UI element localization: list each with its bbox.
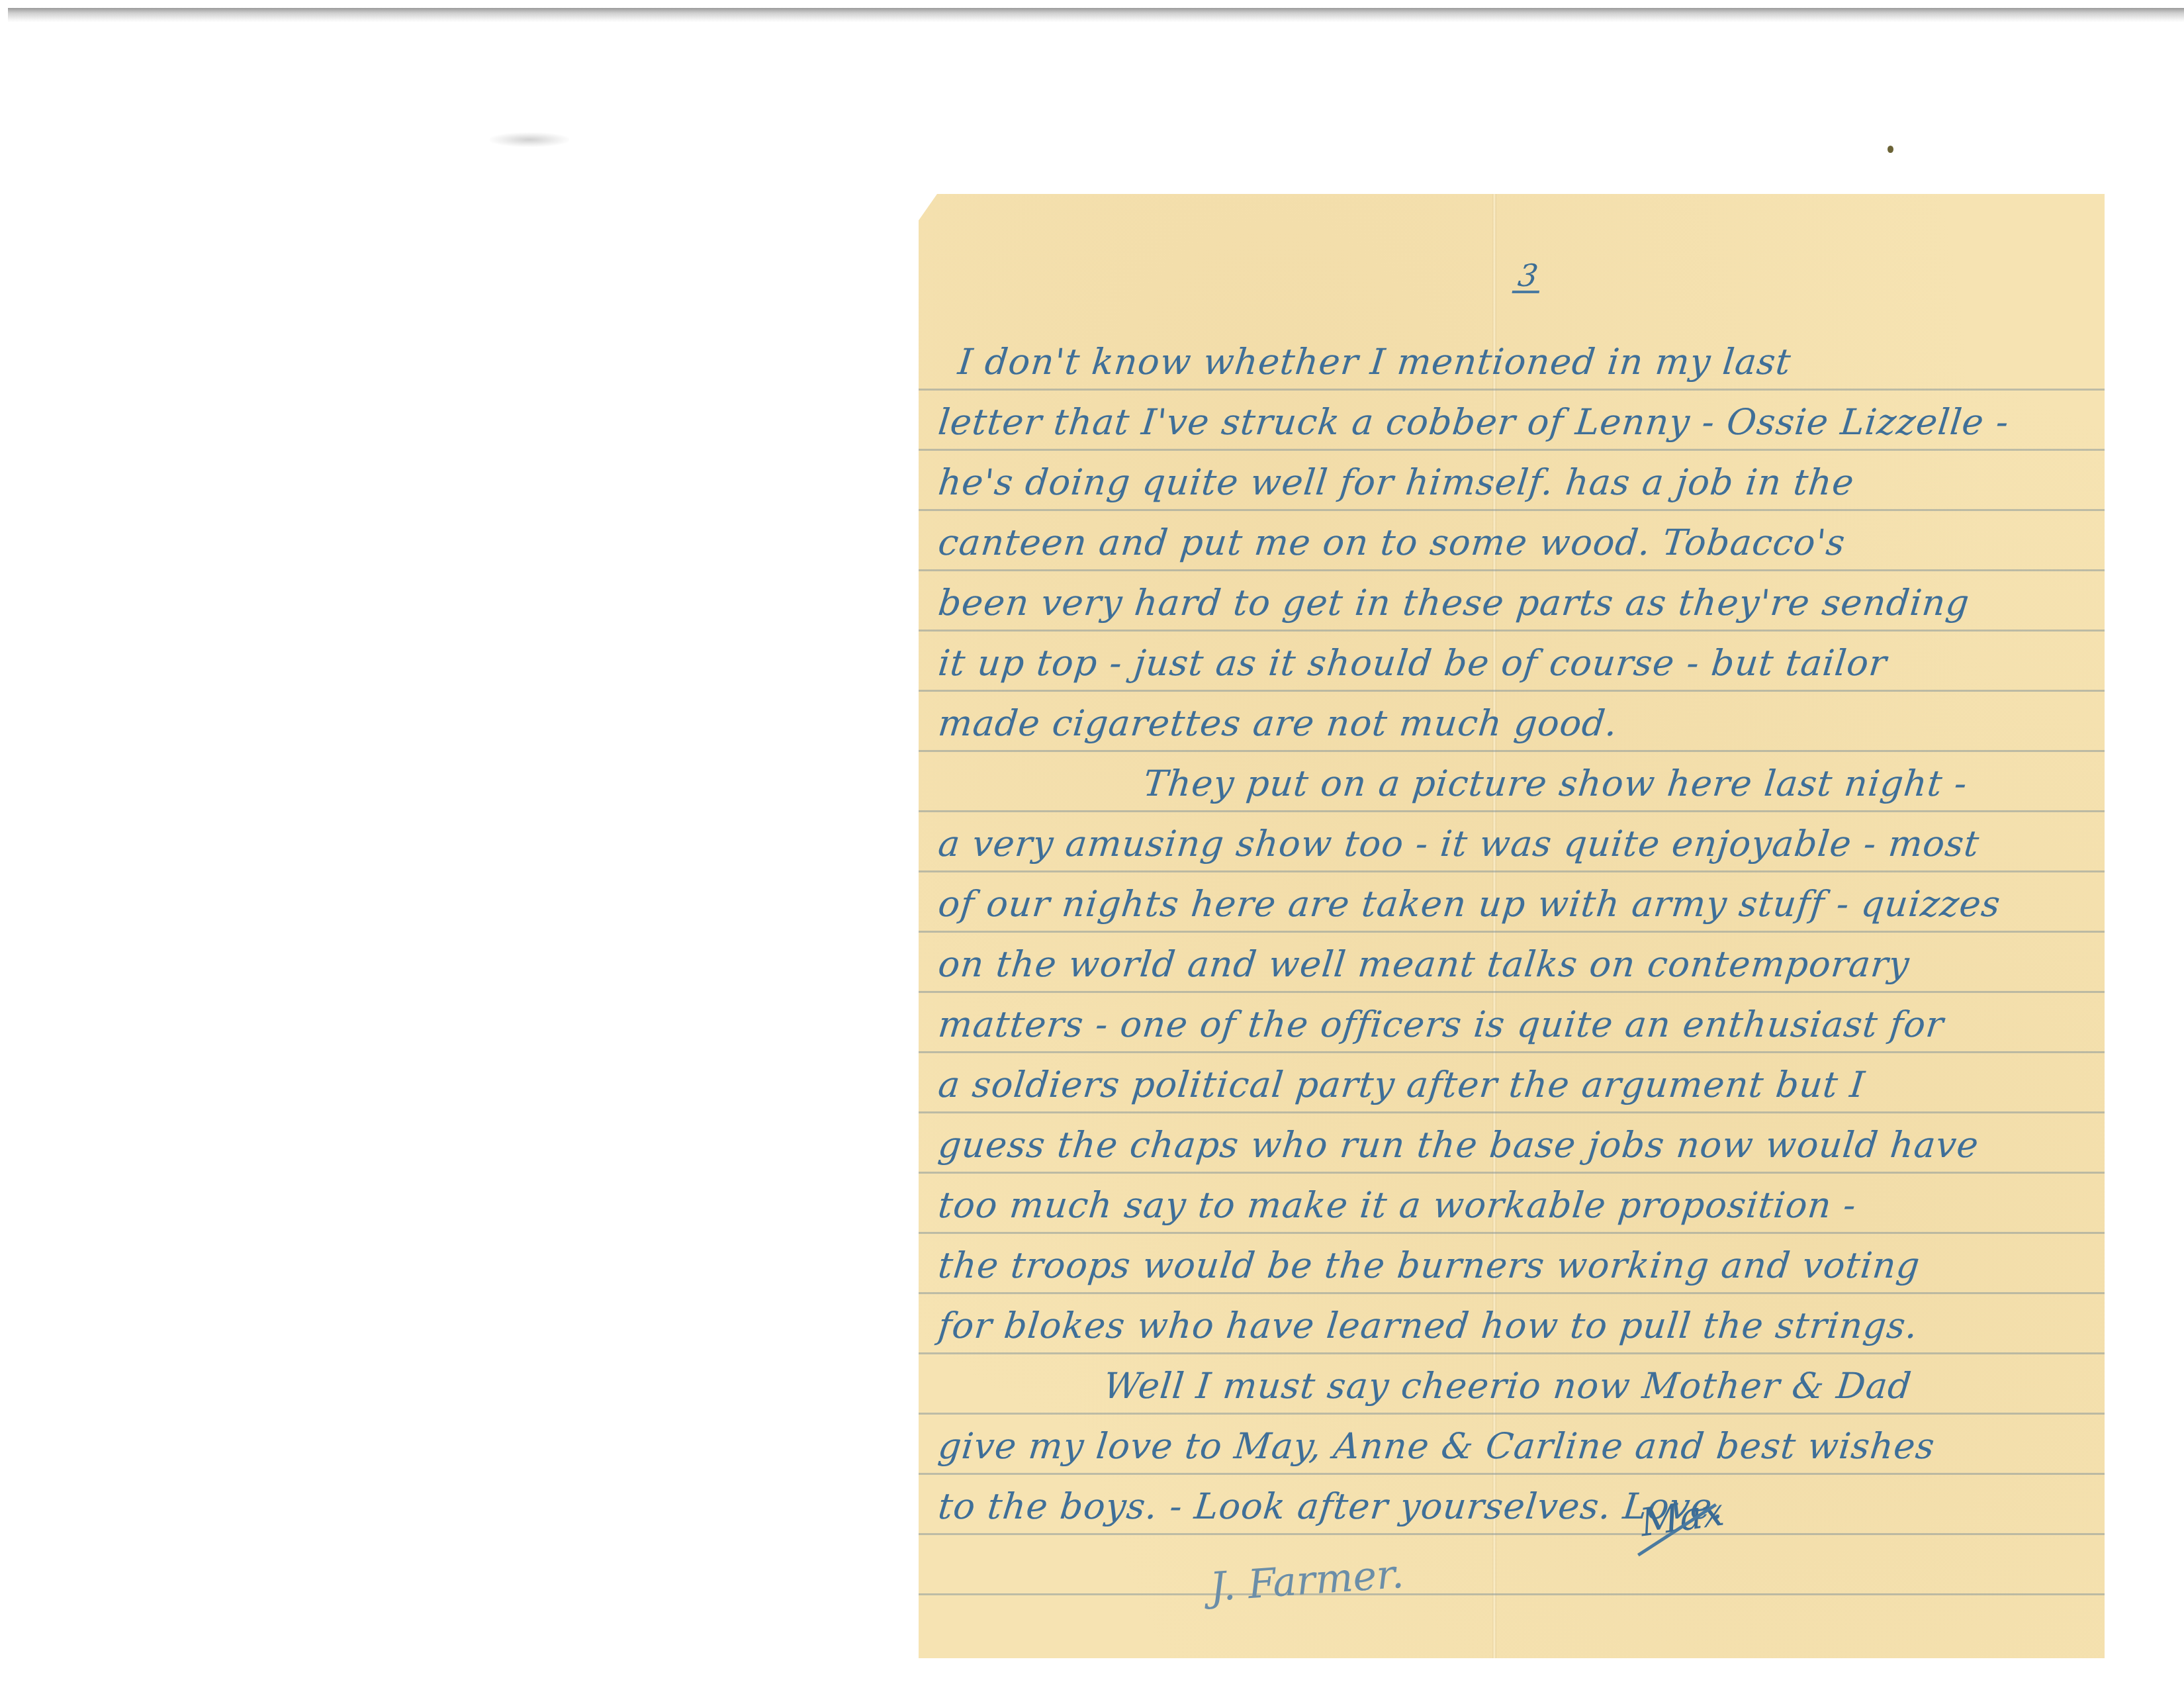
ruled-line [919,750,2105,752]
ruled-line [919,991,2105,993]
ruled-line [919,1473,2105,1475]
ruled-line [919,1533,2105,1535]
letter-line: for blokes who have learned how to pull … [936,1305,2119,1346]
letter-line: the troops would be the burners working … [936,1244,2119,1286]
letter-line: been very hard to get in these parts as … [936,582,2119,624]
letter-line: a very amusing show too - it was quite e… [936,823,2119,865]
letter-line: made cigarettes are not much good. [936,702,2119,744]
letter-line: guess the chaps who run the base jobs no… [936,1124,2119,1166]
ruled-line [919,1172,2105,1174]
letter-line: on the world and well meant talks on con… [936,943,2119,985]
ruled-line [919,569,2105,571]
letter-line: matters - one of the officers is quite a… [936,1004,2119,1045]
page-number: 3 [1512,260,1543,293]
ruled-line [919,630,2105,632]
ruled-line [919,449,2105,451]
ruled-line [919,1292,2105,1294]
scanner-edge-shadow [8,8,2184,23]
letter-line: of our nights here are taken up with arm… [936,883,2119,925]
letter-line: he's doing quite well for himself. has a… [936,461,2119,503]
ruled-line [919,1111,2105,1113]
ruled-line [919,810,2105,812]
ruled-line [919,1593,2105,1595]
scan-speck [1888,146,1893,153]
ruled-line [919,870,2105,872]
scan-smudge [490,132,569,147]
ruled-line [919,1352,2105,1354]
letter-line: canteen and put me on to some wood. Toba… [936,522,2119,563]
letter-line: letter that I've struck a cobber of Lenn… [936,401,2119,443]
letter-line: to the boys. - Look after yourselves. Lo… [936,1485,2119,1527]
letter-line: Well I must say cheerio now Mother & Dad [1102,1365,2184,1407]
letter-line: They put on a picture show here last nig… [1142,763,2184,804]
letter-line: a soldiers political party after the arg… [936,1064,2119,1105]
ruled-line [919,389,2105,391]
ruled-line [919,690,2105,692]
letter-line: too much say to make it a workable propo… [936,1184,2119,1226]
letter-line: give my love to May, Anne & Carline and … [936,1425,2119,1467]
letter-page: 3 I don't know whether I mentioned in my… [919,194,2105,1658]
ruled-line [919,1232,2105,1234]
letter-line: I don't know whether I mentioned in my l… [956,341,2139,383]
ruled-line [919,1413,2105,1415]
censor-signature: J. Farmer. [1208,1551,1405,1611]
letter-line: it up top - just as it should be of cour… [936,642,2119,684]
ruled-line [919,509,2105,511]
ruled-line [919,931,2105,933]
ruled-line [919,1051,2105,1053]
